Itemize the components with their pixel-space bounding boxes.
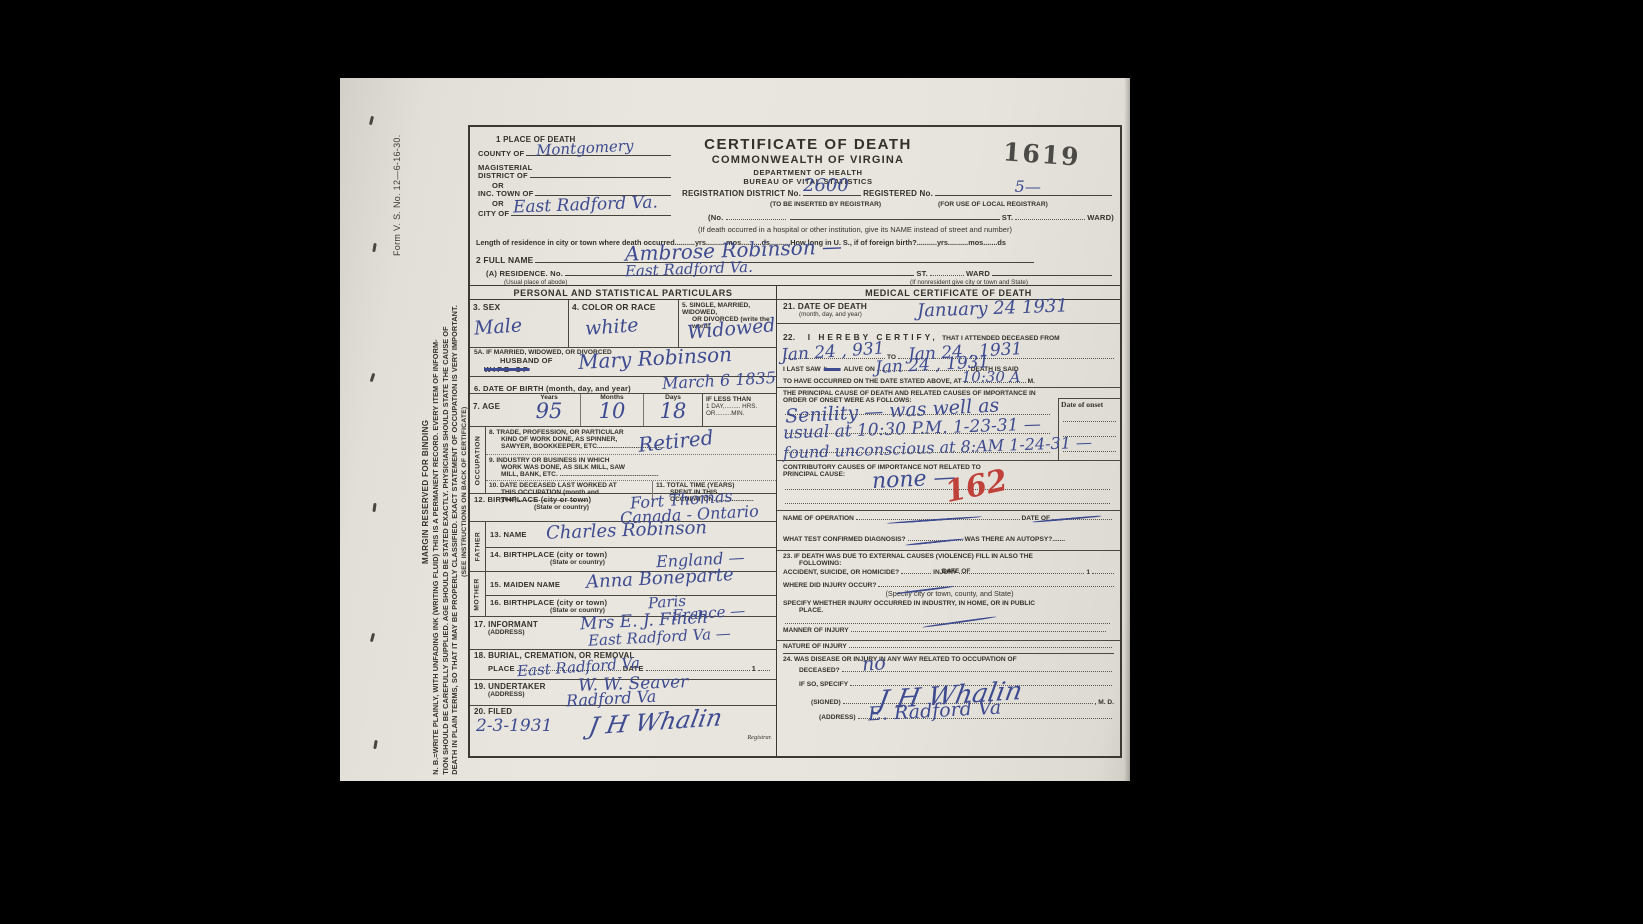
residence-label: (A) RESIDENCE. No. (486, 269, 563, 278)
mother-vertical-label: MOTHER (474, 578, 481, 610)
city-value: East Radford Va. (513, 192, 659, 217)
commonwealth-subtitle: COMMONWEALTH OF VIRGINA (678, 154, 938, 166)
registered-no-value: 5— (1015, 177, 1041, 196)
industry-label-line3: MILL, BANK, ETC. .......................… (489, 471, 773, 478)
sex-label: 3. SEX (473, 302, 565, 312)
medical-certificate-column: MEDICAL CERTIFICATE OF DEATH 21. DATE OF… (777, 285, 1120, 756)
staple-mark (370, 633, 375, 642)
local-registrar-note: (FOR USE OF LOCAL REGISTRAR) (938, 201, 1048, 208)
sex-value: Male (473, 314, 523, 339)
specify-where-label-line1: SPECIFY WHETHER INJURY OCCURRED IN INDUS… (783, 600, 1116, 607)
specify-city-note: (Specify city or town, county, and State… (783, 589, 1116, 598)
manner-of-injury-label: MANNER OF INJURY (783, 627, 849, 634)
wife-of-struck-label: WIFE OF (484, 365, 530, 374)
registrar-caption: Registrar. (747, 734, 772, 741)
nature-of-injury-label: NATURE OF INJURY (783, 643, 847, 650)
full-name-label: 2 FULL NAME (476, 255, 533, 265)
external-causes-label-line1: 23. IF DEATH WAS DUE TO EXTERNAL CAUSES … (783, 553, 1116, 560)
father-name-label: 13. NAME (490, 530, 527, 539)
occupation-vertical-label: OCCUPATION (474, 435, 481, 485)
if-so-specify-label: IF SO, SPECIFY (799, 681, 848, 688)
occupation-related-value: no (861, 652, 886, 676)
hospital-note: (If death occurred in a hospital or othe… (620, 225, 1090, 234)
last-saw-label: I LAST SAW (783, 366, 821, 373)
date-of-onset-header: Date of onset (1061, 400, 1118, 409)
occurred-at-label: TO HAVE OCCURRED ON THE DATE STATED ABOV… (783, 378, 962, 385)
staple-mark (370, 373, 376, 382)
burial-place-label: PLACE (488, 664, 515, 673)
filed-date-value: 2-3-1931 (476, 716, 552, 736)
staple-mark (372, 243, 377, 252)
or-min-label: OR.........MIN. (706, 410, 773, 417)
margin-binding-note: MARGIN RESERVED FOR BINDING (421, 209, 430, 775)
or-label-2: OR (492, 199, 504, 208)
one-day-hrs-label: 1 DAY,......... HRS. (706, 403, 773, 410)
certificate-number: 1619 (1002, 137, 1081, 171)
months-value: 10 (581, 399, 643, 423)
death-certificate-document: Form V. S. No. 12—6-16-30. MARGIN RESERV… (340, 78, 1130, 781)
industry-label-line1: 9. INDUSTRY OR BUSINESS IN WHICH (489, 457, 773, 464)
age-label: 7. AGE (473, 402, 500, 411)
trade-label-line2: KIND OF WORK DONE, AS SPINNER, (489, 436, 773, 443)
burial-date-tail: 1 (752, 664, 756, 673)
meridian-label: M. (1028, 378, 1035, 385)
trade-label-line3: SAWYER, BOOKKEEPER, ETC.................… (489, 443, 773, 450)
residence-st-label: ST. (916, 269, 928, 278)
margin-nb-line3: DEATH IN PLAIN TERMS, SO THAT IT MAY BE … (450, 209, 460, 775)
marital-label-line1: 5. SINGLE, MARRIED, WIDOWED, (682, 302, 773, 316)
test-confirmed-label: WHAT TEST CONFIRMED DIAGNOSIS? (783, 536, 906, 543)
date-of-injury-label-line1: DATE OF (942, 568, 970, 575)
where-injury-label: WHERE DID INJURY OCCUR? (783, 582, 876, 589)
years-value: 95 (518, 399, 580, 423)
md-label: , M. D. (1095, 699, 1114, 706)
date-of-birth-label: 6. DATE OF BIRTH (month, day, and year) (474, 384, 631, 393)
county-value: Montgomery (536, 136, 634, 159)
personal-particulars-header: PERSONAL AND STATISTICAL PARTICULARS (470, 285, 776, 300)
street-st-label: ST. (1002, 213, 1014, 222)
autopsy-label: WAS THERE AN AUTOPSY?....... (965, 536, 1066, 543)
margin-see-instructions: (SEE INSTRUCTIONS ON BACK OF CERTIFICATE… (461, 209, 468, 775)
time-of-death-value: 10:30 A (962, 368, 1021, 386)
street-no-label: (No. (708, 213, 724, 222)
specify-where-label-line2: PLACE. (783, 607, 1116, 614)
accident-suicide-label: ACCIDENT, SUICIDE, OR HOMICIDE? (783, 569, 899, 576)
father-vertical-label: FATHER (474, 532, 481, 562)
color-race-label: 4. COLOR OR RACE (572, 302, 675, 312)
residence-value: East Radford Va. (625, 258, 753, 280)
city-of-label: CITY OF (478, 209, 509, 218)
father-name-value: Charles Robinson (546, 517, 708, 544)
trade-label-line1: 8. TRADE, PROFESSION, OR PARTICULAR (489, 429, 773, 436)
days-value: 18 (644, 399, 702, 423)
mother-maiden-label: 15. MAIDEN NAME (490, 580, 560, 589)
registration-district-value: 2600 (803, 175, 849, 196)
registered-no-label: REGISTERED No. (863, 189, 933, 198)
address-label: (ADDRESS) (819, 714, 856, 721)
screenshot-canvas: Form V. S. No. 12—6-16-30. MARGIN RESERV… (0, 0, 1643, 924)
registrar-insert-note: (TO BE INSERTED BY REGISTRAR) (770, 201, 881, 208)
external-causes-label-line2: FOLLOWING: (783, 560, 1116, 567)
personal-particulars-column: PERSONAL AND STATISTICAL PARTICULARS 3. … (470, 285, 777, 756)
staple-mark (372, 503, 376, 512)
form-number-vertical: Form V. S. No. 12—6-16-30. (392, 134, 402, 256)
occupation-related-label-line1: 24. WAS DISEASE OR INJURY IN ANY WAY REL… (783, 656, 1114, 663)
last-worked-label-line1: 10. DATE DECEASED LAST WORKED AT (489, 482, 649, 489)
district-of-label: DISTRICT OF (478, 171, 528, 180)
margin-nb-line1: N. B.=WRITE PLAINLY, WITH UNFADING INK (… (431, 209, 441, 775)
registration-district-label: REGISTRATION DISTRICT No. (682, 189, 801, 198)
industry-label-line2: WORK WAS DONE, AS SILK MILL, SAW (489, 464, 773, 471)
occupation-related-label-line2: DECEASED? (799, 667, 840, 674)
medical-certificate-header: MEDICAL CERTIFICATE OF DEATH (777, 285, 1120, 300)
staple-mark (373, 740, 378, 749)
signed-label: (SIGNED) (811, 699, 841, 706)
staple-mark (369, 116, 374, 125)
operation-label: NAME OF OPERATION (783, 515, 854, 522)
county-label: COUNTY OF (478, 149, 524, 158)
injury-tail: 1 (1086, 569, 1090, 576)
street-ward-label: WARD) (1087, 213, 1114, 222)
certificate-form: 1 PLACE OF DEATH COUNTY OF Montgomery MA… (468, 125, 1122, 758)
alive-on-label: ALIVE ON (844, 366, 875, 373)
certificate-title: CERTIFICATE OF DEATH (678, 136, 938, 153)
residence-ward-label: WARD (966, 269, 990, 278)
last-saw-struck: h....... (824, 366, 841, 373)
if-less-than-label: IF LESS THAN (706, 396, 773, 403)
margin-nb-line2: TION SHOULD BE CAREFULLY SUPPLIED. AGE S… (441, 209, 451, 775)
certify-number: 22. (783, 332, 795, 342)
color-race-value: white (584, 314, 639, 340)
